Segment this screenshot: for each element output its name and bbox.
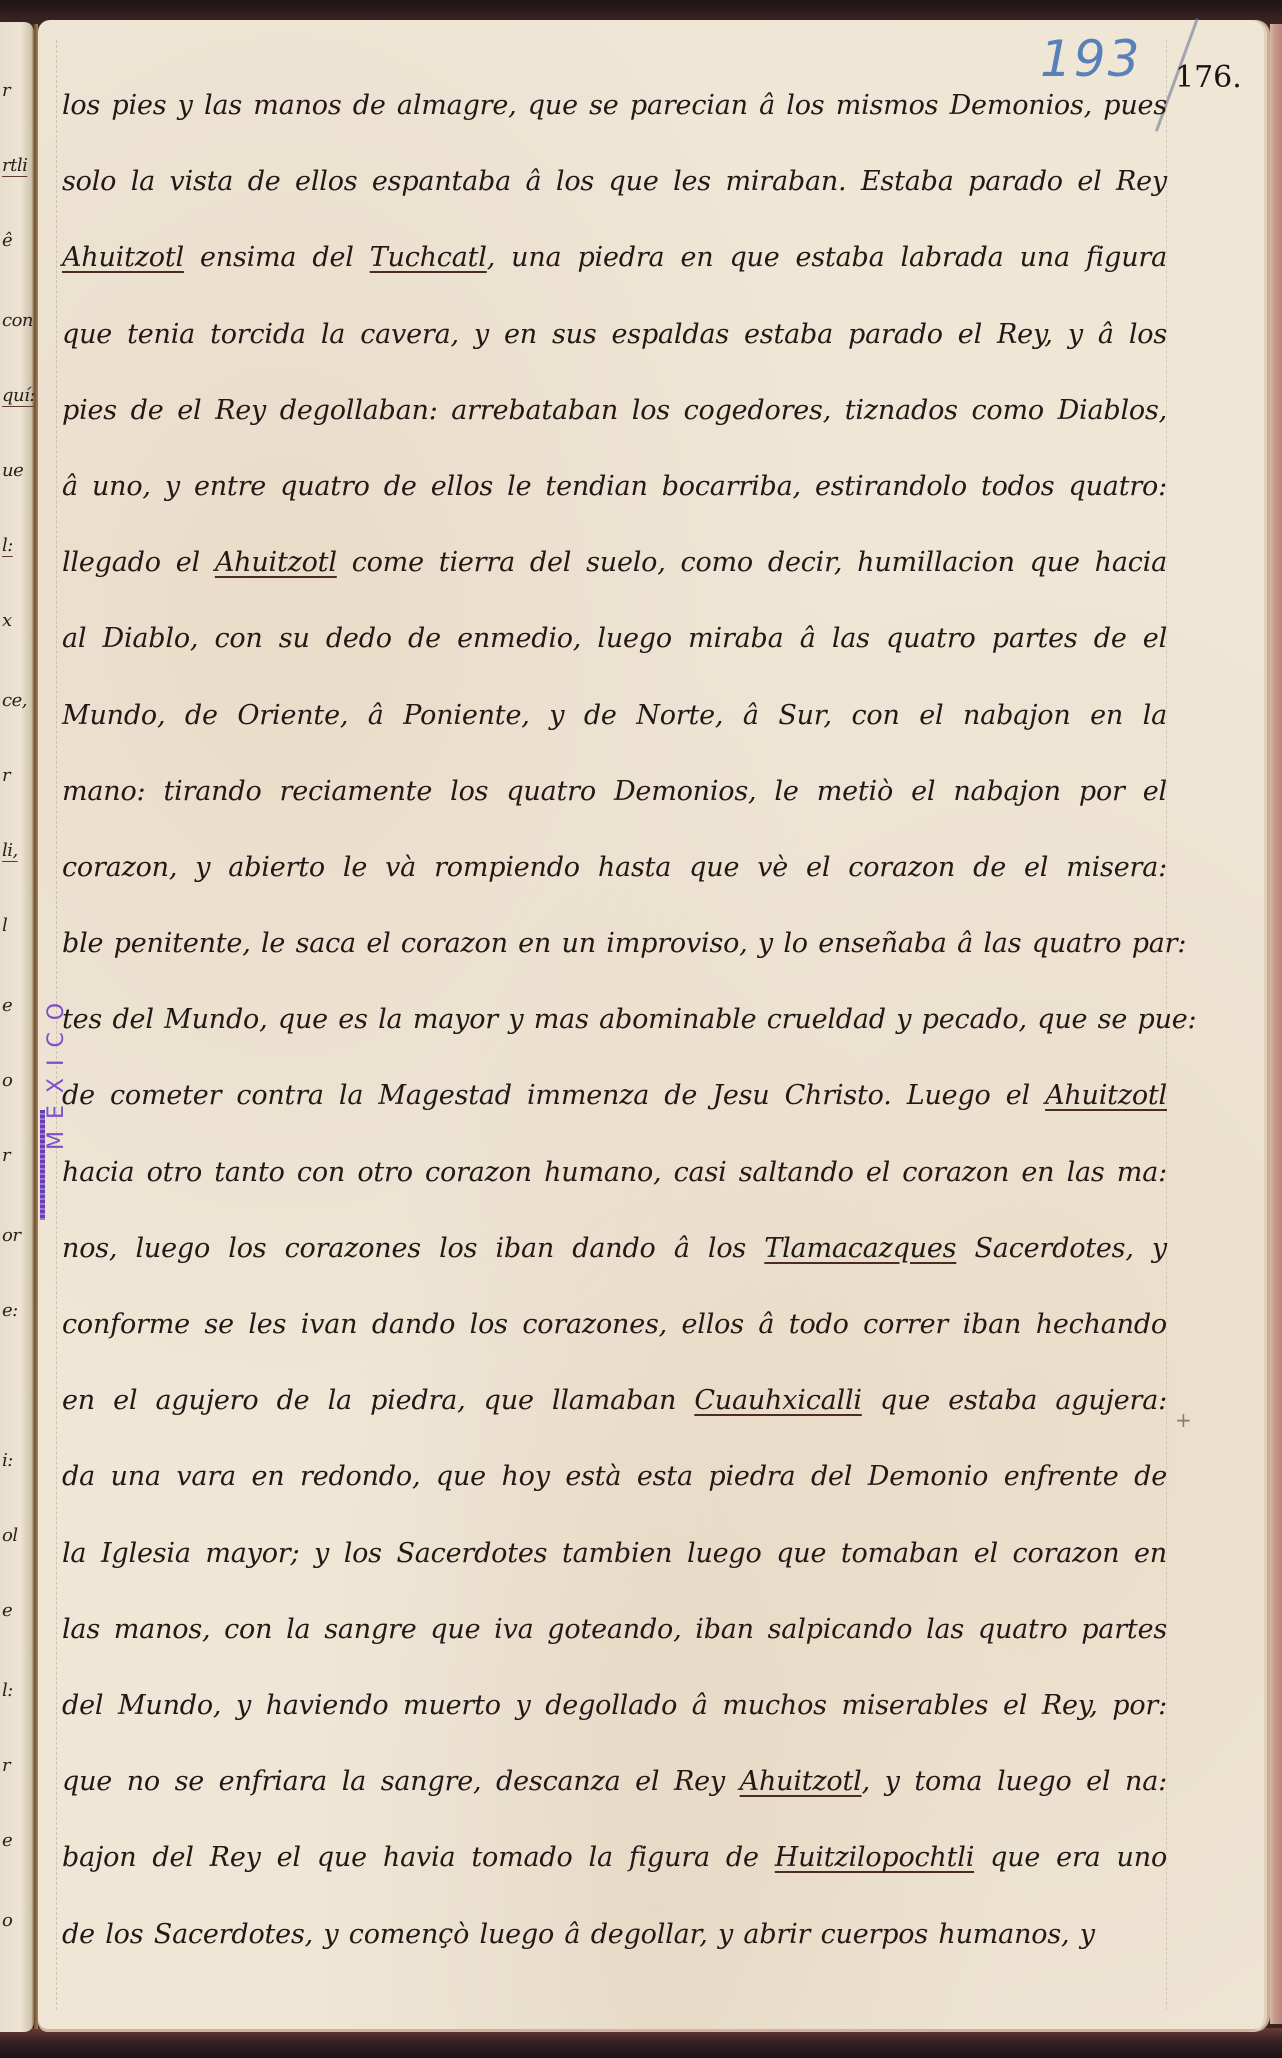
text-line: corazon, y abierto le và rompiendo hasta… — [62, 840, 1167, 916]
text-segment: al Diablo, con su dedo de enmedio, luego… — [62, 623, 1167, 654]
library-stamp-bar — [40, 1110, 45, 1220]
text-line: mano: tirando reciamente los quatro Demo… — [62, 764, 1167, 840]
underlined-term: Cuauhxicalli — [694, 1385, 862, 1416]
text-line: que no se enfriara la sangre, descanza e… — [62, 1754, 1167, 1830]
text-line: tes del Mundo, que es la mayor y mas abo… — [62, 992, 1167, 1068]
text-segment: de los Sacerdotes, y començò luego â deg… — [62, 1919, 1095, 1950]
text-line: hacia otro tanto con otro corazon humano… — [62, 1145, 1167, 1221]
text-line: de cometer contra la Magestad immenza de… — [62, 1068, 1167, 1144]
left-page-text-fragment: e — [2, 995, 12, 1016]
text-line: la Iglesia mayor; y los Sacerdotes tambi… — [62, 1526, 1167, 1602]
text-segment: , y toma luego el na: — [862, 1766, 1167, 1797]
left-page-text-fragment: r — [2, 1755, 10, 1776]
left-page-edge: rrtliêconquí:uel:xce,rli,leorore:i:olel:… — [0, 22, 34, 2032]
text-line: pies de el Rey degollaban: arrebataban l… — [62, 383, 1167, 459]
margin-cross-mark: + — [1175, 1408, 1192, 1432]
text-segment: tes del Mundo, que es la mayor y mas abo… — [62, 1004, 1196, 1035]
text-line: las manos, con la sangre que iva goteand… — [62, 1602, 1167, 1678]
text-segment: come tierra del suelo, como decir, humil… — [337, 547, 1167, 578]
left-page-text-fragment: e — [2, 1600, 12, 1621]
left-page-text-fragment: i: — [2, 1450, 13, 1471]
left-page-text-fragment: r — [2, 1145, 10, 1166]
text-line: Mundo, de Oriente, â Poniente, y de Nort… — [62, 688, 1167, 764]
left-page-text-fragment: e — [2, 1830, 12, 1851]
text-segment: que tenia torcida la cavera, y en sus es… — [62, 319, 1167, 350]
text-line: Ahuitzotl ensima del Tuchcatl, una piedr… — [62, 230, 1167, 306]
underlined-term: Ahuitzotl — [62, 242, 184, 273]
left-page-text-fragment: rtli — [2, 155, 27, 176]
text-segment: Mundo, de Oriente, â Poniente, y de Nort… — [62, 700, 1167, 731]
text-segment: que era uno — [974, 1842, 1167, 1873]
underlined-term: Huitzilopochtli — [775, 1842, 974, 1873]
left-page-text-fragment: ue — [2, 460, 23, 481]
text-segment: da una vara en redondo, que hoy està est… — [62, 1461, 1167, 1492]
text-line: conforme se les ivan dando los corazones… — [62, 1297, 1167, 1373]
left-page-text-fragment: o — [2, 1070, 12, 1091]
underlined-term: Ahuitzotl — [740, 1766, 862, 1797]
text-line: solo la vista de ellos espantaba â los q… — [62, 154, 1167, 230]
manuscript-text: los pies y las manos de almagre, que se … — [62, 78, 1167, 1983]
underlined-term: Ahuitzotl — [1045, 1080, 1167, 1111]
text-segment: â uno, y entre quatro de ellos le tendia… — [62, 471, 1167, 502]
underlined-term: Tlamacazques — [764, 1233, 956, 1264]
text-segment: nos, luego los corazones los iban dando … — [62, 1233, 764, 1264]
page-edge-right — [1270, 24, 1282, 2024]
text-segment: bajon del Rey el que havia tomado la fig… — [62, 1842, 775, 1873]
text-segment: que no se enfriara la sangre, descanza e… — [62, 1766, 740, 1797]
text-line: da una vara en redondo, que hoy està est… — [62, 1449, 1167, 1525]
text-segment: ensima del — [184, 242, 370, 273]
text-segment: del Mundo, y haviendo muerto y degollado… — [62, 1690, 1167, 1721]
text-line: de los Sacerdotes, y començò luego â deg… — [62, 1907, 1167, 1983]
text-segment: Sacerdotes, y — [956, 1233, 1167, 1264]
text-segment: llegado el — [62, 547, 215, 578]
underlined-term: Tuchcatl — [370, 242, 487, 273]
text-line: del Mundo, y haviendo muerto y degollado… — [62, 1678, 1167, 1754]
text-segment: , una piedra en que estaba labrada una f… — [487, 242, 1167, 273]
text-line: los pies y las manos de almagre, que se … — [62, 78, 1167, 154]
text-line: â uno, y entre quatro de ellos le tendia… — [62, 459, 1167, 535]
text-segment: la Iglesia mayor; y los Sacerdotes tambi… — [62, 1538, 1167, 1569]
text-line: bajon del Rey el que havia tomado la fig… — [62, 1830, 1167, 1906]
left-page-text-fragment: ê — [2, 230, 12, 251]
text-segment: que estaba agujera: — [862, 1385, 1167, 1416]
text-segment: mano: tirando reciamente los quatro Demo… — [62, 776, 1167, 807]
left-page-text-fragment: l: — [2, 1680, 13, 1701]
text-line: en el agujero de la piedra, que llamaban… — [62, 1373, 1167, 1449]
text-segment: solo la vista de ellos espantaba â los q… — [62, 166, 1167, 197]
left-page-text-fragment: r — [2, 765, 10, 786]
left-page-text-fragment: r — [2, 80, 10, 101]
left-page-text-fragment: x — [2, 610, 12, 631]
book-cover-bottom — [0, 2028, 1282, 2058]
left-page-text-fragment: or — [2, 1225, 20, 1246]
text-segment: corazon, y abierto le và rompiendo hasta… — [62, 852, 1167, 883]
left-page-text-fragment: o — [2, 1910, 12, 1931]
text-segment: ble penitente, le saca el corazon en un … — [62, 928, 1186, 959]
text-segment: las manos, con la sangre que iva goteand… — [62, 1614, 1167, 1645]
text-segment: en el agujero de la piedra, que llamaban — [62, 1385, 694, 1416]
left-page-text-fragment: li, — [2, 840, 18, 861]
left-page-text-fragment: l — [2, 915, 7, 936]
left-page-text-fragment: l: — [2, 535, 13, 556]
text-line: ble penitente, le saca el corazon en un … — [62, 916, 1167, 992]
text-segment: los pies y las manos de almagre, que se … — [62, 90, 1167, 121]
text-segment: conforme se les ivan dando los corazones… — [62, 1309, 1167, 1340]
text-line: nos, luego los corazones los iban dando … — [62, 1221, 1167, 1297]
underlined-term: Ahuitzotl — [215, 547, 337, 578]
text-line: que tenia torcida la cavera, y en sus es… — [62, 307, 1167, 383]
text-line: llegado el Ahuitzotl come tierra del sue… — [62, 535, 1167, 611]
text-segment: de cometer contra la Magestad immenza de… — [62, 1080, 1045, 1111]
left-page-text-fragment: ol — [2, 1525, 18, 1546]
left-page-text-fragment: con — [2, 310, 33, 331]
left-page-text-fragment: e: — [2, 1300, 18, 1321]
left-page-text-fragment: quí: — [2, 385, 34, 406]
ink-page-number: 176. — [1175, 60, 1242, 95]
text-line: al Diablo, con su dedo de enmedio, luego… — [62, 611, 1167, 687]
left-page-text-fragment: ce, — [2, 690, 27, 711]
text-segment: pies de el Rey degollaban: arrebataban l… — [62, 395, 1167, 426]
text-segment: hacia otro tanto con otro corazon humano… — [62, 1157, 1167, 1188]
